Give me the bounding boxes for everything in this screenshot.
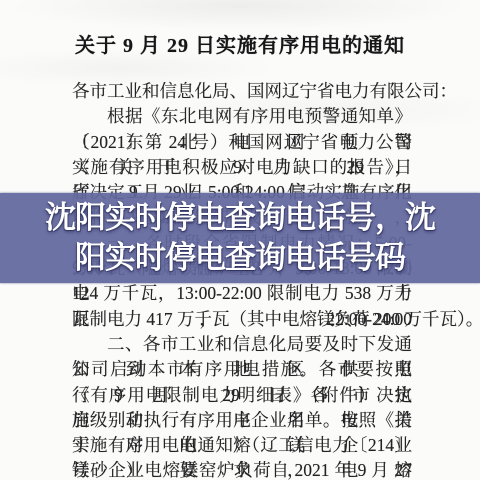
document-line: 各市工业和信息化局、国网辽宁省电力有限公司： [72, 79, 412, 104]
document-line: 公司启动本市有序用电措施。各市要按照《9 月 29 日各市执 [72, 357, 412, 382]
document-line: 〔2021〕第 24 号）和国网辽宁省电力公司《关于 9 月 29 日 [72, 130, 412, 155]
overlay-banner: 沈阳实时停电查询电话号，沈 阳实时停电查询电话号码 [0, 193, 480, 283]
document-line: 实施有序用电积极应对电力缺口的报告》，省工业和信息化 [72, 155, 412, 180]
document-line: 行有序用电限制电力明细表》（附件）决定启动有序用电措 [72, 383, 412, 408]
document-line: 限制电力 417 万千瓦（其中电熔镁负荷 200 万千瓦）。 [72, 307, 412, 332]
document-line: 二、各市工业和信息化局要及时下发通知到本地区供电 [72, 332, 412, 357]
document-line: 124 万千瓦，13:00-22:00 限制电力 538 万千瓦，22:00-2… [72, 281, 412, 306]
overlay-caption-line-2: 阳实时停电查询电话号码 [0, 238, 480, 278]
overlay-caption-line-1: 沈阳实时停电查询电话号，沈 [0, 198, 480, 238]
document-line: 施级别和执行有序用电企业名单。按照《关于对电熔镁企业 [72, 408, 412, 433]
document-line: 镁砂企业电熔镁窑炉负荷自 2021 年 9 月 27 日 12:00 起全部 [72, 458, 412, 480]
document-line: 根据《东北电网有序用电预警通知单》（东北电网预警 [72, 104, 412, 129]
document-line: 实施有序用电的通知》（辽工信电力〔214〕号）要求，电熔 [72, 433, 412, 458]
document-title: 关于 9 月 29 日实施有序用电的通知 [0, 29, 480, 58]
